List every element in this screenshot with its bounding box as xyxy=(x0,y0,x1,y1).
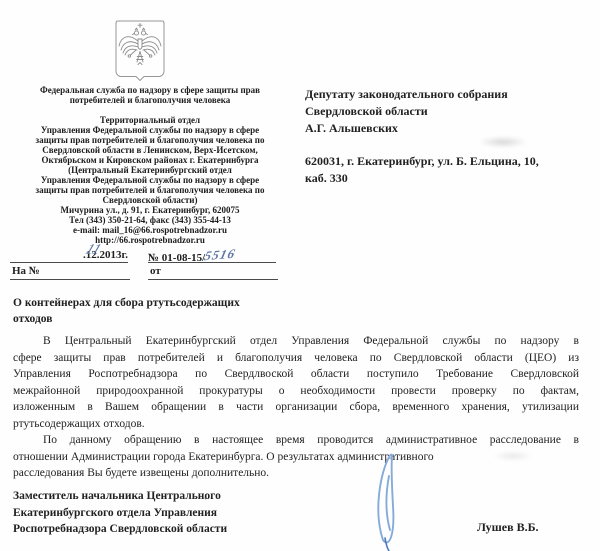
body-line: ртутьсодержащих отходов. xyxy=(13,416,579,433)
recipient-name: А.Г. Альшевских xyxy=(305,120,539,137)
letterhead-line: Октябрьском и Кировском районах г. Екате… xyxy=(5,155,295,165)
body-line: расследования Вы будете извещены дополни… xyxy=(13,465,579,482)
outgoing-number-label: № 01-08-15/ xyxy=(148,252,205,264)
letterhead-website: http://66.rospotrebnadzor.ru xyxy=(5,235,295,245)
body-line: межрайонной природоохранной прокуратуры … xyxy=(13,383,579,400)
body-line: отношении Администрации города Екатеринб… xyxy=(13,449,579,466)
recipient-region: Свердловской области xyxy=(305,103,539,120)
signoff-line: Роспотребнадзора Свердловской области xyxy=(13,521,227,538)
subject-line: отходов xyxy=(13,311,240,327)
body-line: Управления Роспотребнадзора по Свердлвос… xyxy=(13,366,579,383)
signoff-title-block: Заместитель начальника Центрального Екат… xyxy=(13,488,227,538)
letterhead-line: Федеральная служба по надзору в сфере за… xyxy=(5,85,295,95)
body-line: По данному обращению в настоящее время п… xyxy=(13,432,579,449)
body-line: сфере защиты прав потребителей и благопо… xyxy=(13,350,579,367)
letterhead-agency: Федеральная служба по надзору в сфере за… xyxy=(5,85,295,105)
letterhead-line: Управления Федеральной службы по надзору… xyxy=(5,125,295,135)
signature-stroke xyxy=(340,428,430,551)
letterhead-phone: Тел (343) 350-21-64, факс (343) 355-44-1… xyxy=(5,215,295,225)
subject-block: О контейнерах для сбора ртутьсодержащих … xyxy=(13,295,240,327)
body-paragraph-1: В Центральный Екатеринбургский отдел Упр… xyxy=(13,333,579,432)
scanned-letter-page: Федеральная служба по надзору в сфере за… xyxy=(0,0,600,551)
body-line: В Центральный Екатеринбургский отдел Упр… xyxy=(13,333,579,350)
recipient-title: Депутату законодательного собрания xyxy=(305,86,539,103)
outgoing-number-field: № 01-08-15/5516 xyxy=(148,249,276,263)
recipient-block: Депутату законодательного собрания Сверд… xyxy=(305,86,539,187)
letterhead-line: потребителей и благополучия человека xyxy=(5,95,295,105)
subject-line: О контейнерах для сбора ртутьсодержащих xyxy=(13,295,240,311)
recipient-address-line: 620031, г. Екатеринбург, ул. Б. Ельцина,… xyxy=(305,153,539,170)
letterhead-line: защиты прав потребителей и благополучия … xyxy=(5,185,295,195)
letterhead-line: защиты прав потребителей и благополучия … xyxy=(5,135,295,145)
letterhead-contacts: Мичурина ул., д. 91, г. Екатеринбург, 62… xyxy=(5,205,295,245)
state-emblem-icon xyxy=(112,19,168,81)
letterhead-line: (Центральный Екатеринбургский отдел xyxy=(5,165,295,175)
reply-to-number-field: На № xyxy=(10,265,130,280)
reply-to-date-label: от xyxy=(150,265,161,277)
letterhead-line: Территориальный отдел xyxy=(5,115,295,125)
recipient-address-room: каб. 330 xyxy=(305,170,539,187)
date-field: .12.2013г. xyxy=(10,249,128,263)
body-paragraph-2: По данному обращению в настоящее время п… xyxy=(13,432,579,482)
signer-name: Лушев В.Б. xyxy=(477,520,539,535)
signoff-line: Заместитель начальника Центрального xyxy=(13,488,227,505)
body-line: изложенным в Вашем обращении в части орг… xyxy=(13,399,579,416)
reply-to-number-label: На № xyxy=(12,265,40,277)
letterhead-territorial: Территориальный отдел Управления Федерал… xyxy=(5,115,295,205)
reply-to-date-field: от xyxy=(148,265,278,280)
letterhead-line: Свердловской области в Ленинском, Верх-И… xyxy=(5,145,295,155)
signoff-line: Екатеринбургского отдела Управления xyxy=(13,505,227,522)
letterhead-email: e-mail: mail_16@66.rospotrebnadzor.ru xyxy=(5,225,295,235)
letterhead-address: Мичурина ул., д. 91, г. Екатеринбург, 62… xyxy=(5,205,295,215)
letterhead-line: Управления Федеральной службы по надзору… xyxy=(5,175,295,185)
letterhead-line: Свердловской области) xyxy=(5,195,295,205)
handwritten-number: 5516 xyxy=(203,246,238,265)
